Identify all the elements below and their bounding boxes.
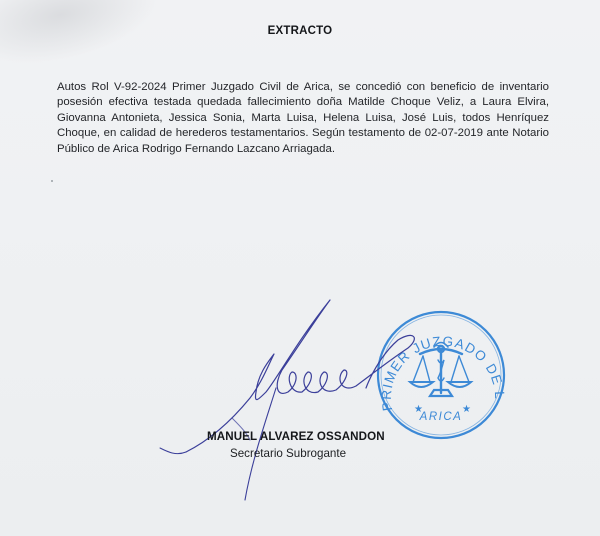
star-icon: ★ <box>414 404 423 415</box>
court-stamp: PRIMER JUZGADO DE LETRAS ARICA ★ ★ <box>0 0 507 438</box>
signer-role: Secretario Subrogante <box>230 447 346 460</box>
stamp-arc-text: PRIMER JUZGADO DE LETRAS <box>0 0 507 412</box>
handwritten-signature <box>160 300 414 500</box>
document-title: EXTRACTO <box>0 25 600 37</box>
document-page: EXTRACTO Autos Rol V-92-2024 Primer Juzg… <box>0 0 600 536</box>
scales-of-justice-icon <box>410 343 471 397</box>
star-icon: ★ <box>462 404 471 415</box>
signer-name: MANUEL ALVAREZ OSSANDON <box>207 430 385 443</box>
svg-text:PRIMER JUZGADO DE LETRAS: PRIMER JUZGADO DE LETRAS <box>0 0 507 412</box>
stamp-city-text: ARICA <box>419 411 463 423</box>
extract-paragraph: Autos Rol V-92-2024 Primer Juzgado Civil… <box>57 80 549 157</box>
page-speck <box>51 180 53 182</box>
page-shadow <box>0 0 167 80</box>
